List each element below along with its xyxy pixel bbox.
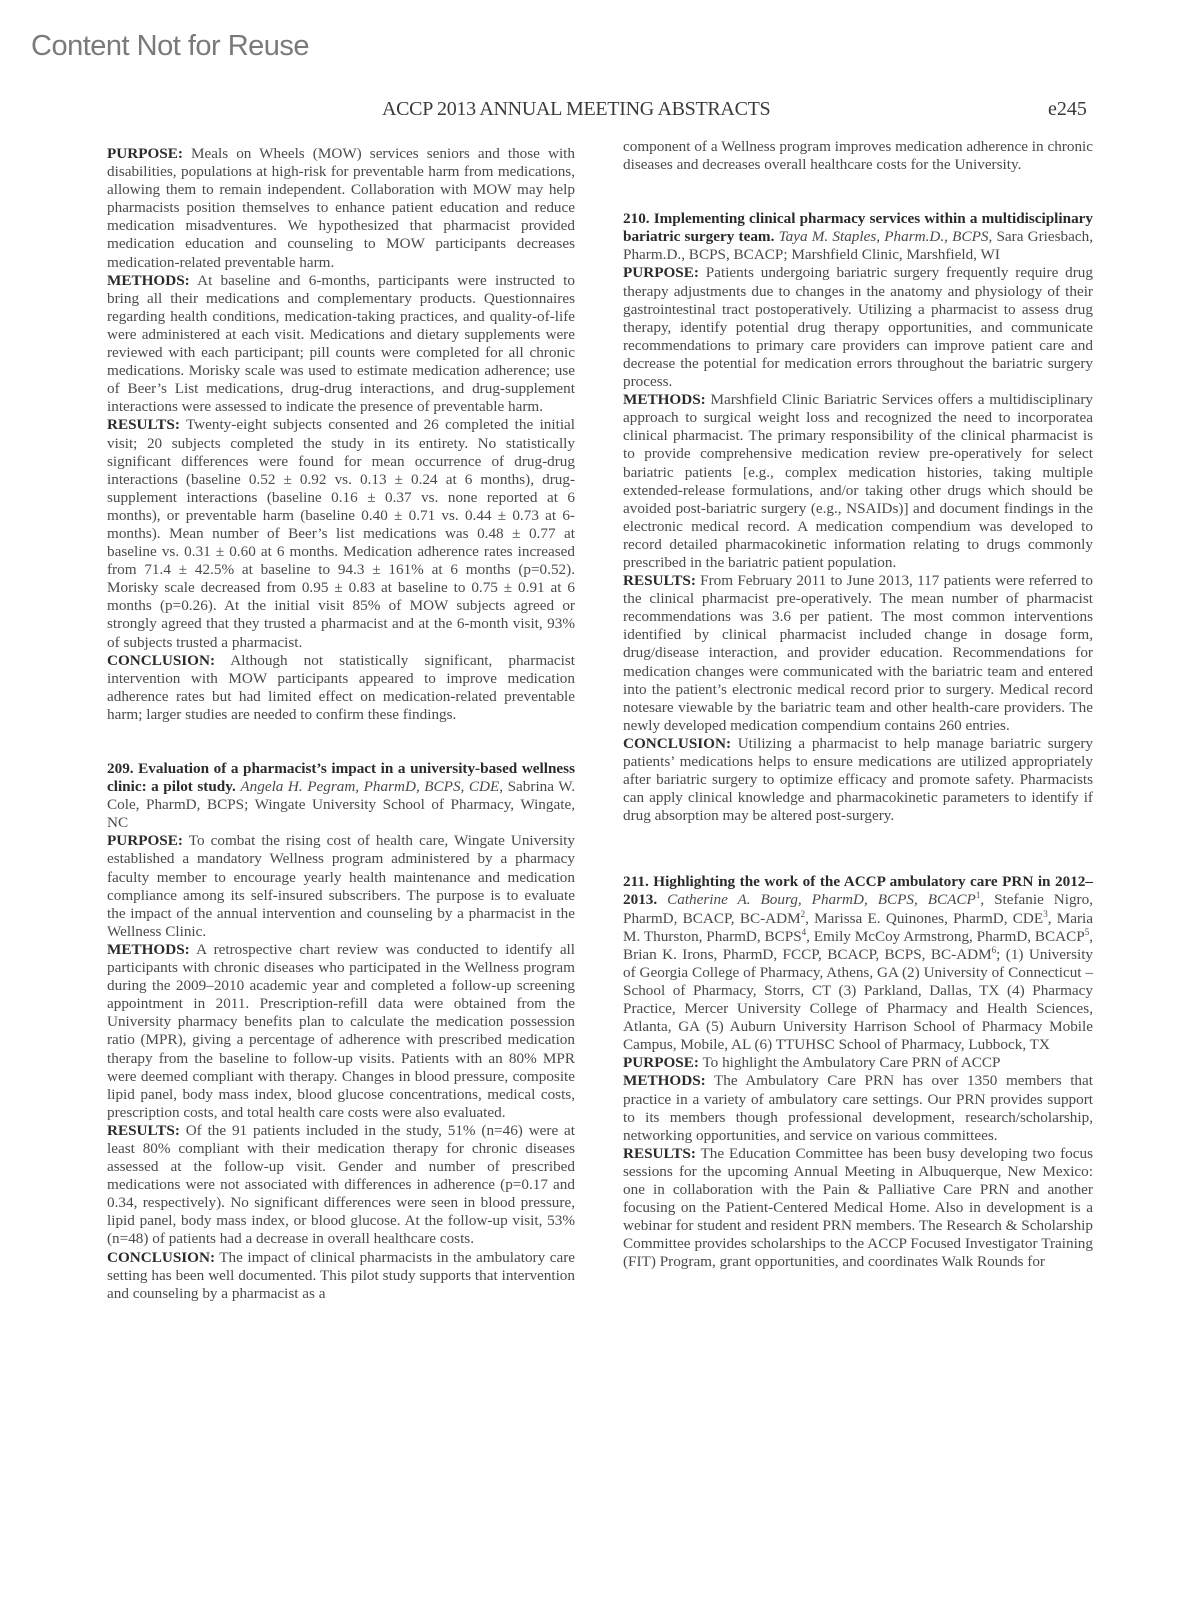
abstract-209-conclusion-continued: component of a Wellness program improves… [623, 138, 1093, 174]
section-label: METHODS: [107, 272, 190, 289]
presenting-author: Taya M. Staples, Pharm.D., BCPS [779, 228, 989, 245]
spacer [107, 724, 575, 760]
purpose-paragraph: PURPOSE: To highlight the Ambulatory Car… [623, 1054, 1093, 1072]
abstract-heading: 210. Implementing clinical pharmacy serv… [623, 210, 1093, 264]
results-paragraph: RESULTS: From February 2011 to June 2013… [623, 572, 1093, 735]
section-label: PURPOSE: [107, 832, 183, 849]
section-label: CONCLUSION: [107, 652, 215, 669]
results-paragraph: RESULTS: Twenty-eight subjects consented… [107, 416, 575, 651]
running-title: ACCP 2013 ANNUAL MEETING ABSTRACTS [382, 98, 770, 121]
section-label: PURPOSE: [107, 145, 183, 162]
section-label: RESULTS: [107, 416, 180, 433]
abstract-heading: 211. Highlighting the work of the ACCP a… [623, 873, 1093, 1054]
section-label: PURPOSE: [623, 1054, 699, 1071]
purpose-paragraph: PURPOSE: Patients undergoing bariatric s… [623, 264, 1093, 391]
abstract-heading: 209. Evaluation of a pharmacist’s impact… [107, 760, 575, 832]
section-text: The Education Committee has been busy de… [623, 1145, 1093, 1271]
section-label: PURPOSE: [623, 264, 699, 281]
section-text: To highlight the Ambulatory Care PRN of … [699, 1054, 1001, 1071]
abstract-210: 210. Implementing clinical pharmacy serv… [623, 210, 1093, 825]
purpose-paragraph: PURPOSE: To combat the rising cost of he… [107, 832, 575, 941]
presenting-author: Angela H. Pegram, PharmD, BCPS, CDE [240, 778, 499, 795]
methods-paragraph: METHODS: A retrospective chart review wa… [107, 941, 575, 1122]
methods-paragraph: METHODS: Marshfield Clinic Bariatric Ser… [623, 391, 1093, 572]
section-text: Marshfield Clinic Bariatric Services off… [623, 391, 1093, 571]
methods-paragraph: METHODS: The Ambulatory Care PRN has ove… [623, 1072, 1093, 1144]
abstract-208-continued: PURPOSE: Meals on Wheels (MOW) services … [107, 145, 575, 724]
section-label: RESULTS: [107, 1122, 180, 1139]
watermark: Content Not for Reuse [31, 30, 309, 63]
section-text: Of the 91 patients included in the study… [107, 1122, 575, 1248]
results-paragraph: RESULTS: Of the 91 patients included in … [107, 1122, 575, 1249]
section-text: Meals on Wheels (MOW) services seniors a… [107, 145, 575, 271]
section-label: METHODS: [107, 941, 190, 958]
section-label: CONCLUSION: [107, 1249, 215, 1266]
section-text: At baseline and 6-months, participants w… [107, 272, 575, 416]
co-author: , Emily McCoy Armstrong, PharmD, BCACP [806, 928, 1085, 945]
left-column: PURPOSE: Meals on Wheels (MOW) services … [107, 145, 575, 1303]
section-label: CONCLUSION: [623, 735, 731, 752]
conclusion-paragraph: CONCLUSION: Although not statistically s… [107, 652, 575, 724]
presenting-author: Catherine A. Bourg, PharmD, BCPS, BCACP [667, 891, 976, 908]
co-author: , Marissa E. Quinones, PharmD, CDE [805, 910, 1043, 927]
conclusion-paragraph: CONCLUSION: The impact of clinical pharm… [107, 1249, 575, 1303]
abstract-209: 209. Evaluation of a pharmacist’s impact… [107, 760, 575, 1303]
section-label: RESULTS: [623, 1145, 696, 1162]
conclusion-paragraph: CONCLUSION: Utilizing a pharmacist to he… [623, 735, 1093, 825]
abstract-211: 211. Highlighting the work of the ACCP a… [623, 873, 1093, 1271]
purpose-paragraph: PURPOSE: Meals on Wheels (MOW) services … [107, 145, 575, 272]
section-text: Twenty-eight subjects consented and 26 c… [107, 416, 575, 650]
spacer [623, 174, 1093, 210]
section-label: RESULTS: [623, 572, 696, 589]
section-text: From February 2011 to June 2013, 117 pat… [623, 572, 1093, 734]
right-column: component of a Wellness program improves… [623, 138, 1093, 1271]
section-label: METHODS: [623, 1072, 706, 1089]
spacer [623, 825, 1093, 873]
results-paragraph: RESULTS: The Education Committee has bee… [623, 1145, 1093, 1272]
methods-paragraph: METHODS: At baseline and 6-months, parti… [107, 272, 575, 417]
section-text: Patients undergoing bariatric surgery fr… [623, 264, 1093, 390]
page-number: e245 [1048, 98, 1087, 121]
section-label: METHODS: [623, 391, 706, 408]
section-text: A retrospective chart review was conduct… [107, 941, 575, 1121]
